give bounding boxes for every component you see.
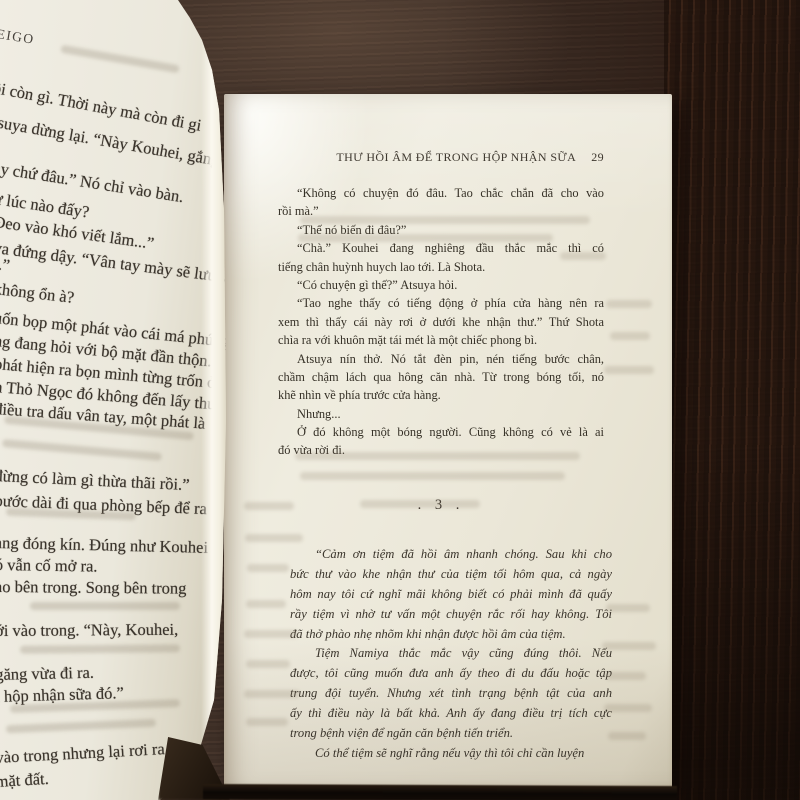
letter-line: trong bệnh viện để ngăn căn bệnh tiến tr… — [290, 724, 612, 744]
show-through-smudge — [606, 300, 652, 308]
letter-block: “Cảm ơn tiệm đã hồi âm nhanh chóng. Sau … — [290, 545, 612, 764]
left-page: EIGO ồi còn gì. Thời này mà còn đi gi ts… — [0, 0, 232, 800]
running-header-title: THƯ HỒI ÂM ĐỂ TRONG HỘP NHẬN SỮA — [336, 150, 576, 165]
dialogue-line: “Tao nghe thấy có tiếng động ở phía cửa … — [278, 294, 604, 312]
show-through-smudge — [6, 719, 156, 734]
show-through-smudge — [244, 690, 300, 698]
page-stack-shadow — [203, 784, 677, 800]
letter-line: đã thở phào nhẹ nhõm khi nhận được hồi â… — [290, 625, 612, 645]
show-through-smudge — [245, 534, 303, 542]
show-through-smudge — [298, 234, 553, 242]
show-through-smudge — [300, 472, 565, 480]
dialogue-line: “Không có chuyện đó đâu. Tao chắc chắn đ… — [278, 184, 604, 202]
show-through-smudge — [246, 660, 290, 668]
left-page-line: t.” — [0, 254, 11, 276]
dialogue-line: tiếng chân huỳnh huych lao tới. Là Shota… — [278, 258, 604, 276]
letter-line: rầy tiệm vì nhờ tư vấn một chuyện rắc rố… — [290, 605, 612, 625]
show-through-smudge — [244, 502, 294, 510]
left-page-line: không ổn à? — [0, 279, 75, 308]
left-page-line: ang đóng kín. Đúng như Kouhei — [0, 533, 208, 558]
show-through-smudge — [606, 672, 646, 680]
show-through-smudge — [30, 602, 180, 610]
dialogue-line: khẽ nhìn về phía trước cửa hàng. — [278, 386, 604, 404]
letter-line: Có thể tiệm sẽ nghĩ rằng nếu vậy thì tôi… — [290, 744, 612, 764]
letter-line: trung đội tuyển. Nhưng xét tình trạng bệ… — [290, 684, 612, 704]
show-through-smudge — [604, 366, 654, 374]
dialogue-line: Ở đó không một bóng người. Cũng không có… — [278, 423, 604, 441]
show-through-smudge — [606, 604, 650, 612]
show-through-smudge — [246, 600, 286, 608]
page-number: 29 — [591, 150, 604, 165]
show-through-smudge — [608, 732, 646, 740]
running-header: THƯ HỒI ÂM ĐỂ TRONG HỘP NHẬN SỮA 29 — [278, 150, 604, 165]
letter-line: “Cảm ơn tiệm đã hồi âm nhanh chóng. Sau … — [290, 545, 612, 565]
left-page-line: đừng có làm gì thừa thãi rồi.” — [0, 466, 190, 495]
show-through-smudge — [20, 644, 180, 653]
left-page-line: ào bên trong. Song bên trong — [0, 577, 187, 599]
dialogue-line: “Có chuyện gì thế?” Atsuya hỏi. — [278, 276, 604, 294]
show-through-smudge — [360, 500, 480, 508]
show-through-smudge — [244, 630, 298, 638]
dialogue-line: Atsuya nín thở. Nó tắt đèn pin, nén tiến… — [278, 350, 604, 368]
show-through-smudge — [610, 332, 650, 340]
dialogue-line: Nhưng... — [278, 405, 604, 423]
letter-line: được, tôi cũng muốn đưa anh ấy theo đi d… — [290, 664, 612, 684]
letter-line: ấy thì điều này là bất khả. Anh ấy đang … — [290, 704, 612, 724]
show-through-smudge — [604, 704, 652, 712]
table-surface — [664, 0, 800, 800]
letter-line: bức thư vào khe nhận thư của tiệm tối hô… — [290, 565, 612, 585]
show-through-smudge — [300, 216, 590, 224]
dialogue-line: chầm chậm lách qua hông căn nhà. Từ tron… — [278, 368, 604, 386]
left-page-line: mặt đất. — [0, 769, 49, 792]
left-page-line: ới vào trong. “Này, Kouhei, — [0, 620, 178, 641]
right-page: THƯ HỒI ÂM ĐỂ TRONG HỘP NHẬN SỮA 29 “Khô… — [224, 94, 672, 790]
author-running-header: EIGO — [0, 26, 36, 48]
left-page-line: ó vẫn cố mở ra. — [0, 555, 98, 577]
letter-line: Tiệm Namiya thắc mắc vậy cũng đúng thôi.… — [290, 644, 612, 664]
show-through-smudge — [602, 642, 656, 650]
dialogue-block: “Không có chuyện đó đâu. Tao chắc chắn đ… — [278, 184, 604, 460]
show-through-smudge — [60, 45, 180, 74]
dialogue-line: xem thì thấy cái này rơi ở dưới khe nhận… — [278, 313, 604, 331]
show-through-smudge — [2, 439, 162, 461]
show-through-smudge — [247, 564, 289, 572]
left-page-line: găng vừa đi ra. — [0, 663, 94, 685]
show-through-smudge — [295, 452, 580, 460]
letter-line: hôm nay tôi cứ nghĩ mãi không biết có ph… — [290, 585, 612, 605]
show-through-smudge — [246, 718, 288, 726]
left-page-line: vào trong nhưng lại rơi ra — [0, 739, 165, 768]
show-through-smudge — [560, 252, 606, 260]
dialogue-line: chìa ra với khuôn mặt tái mét là một chi… — [278, 331, 604, 349]
